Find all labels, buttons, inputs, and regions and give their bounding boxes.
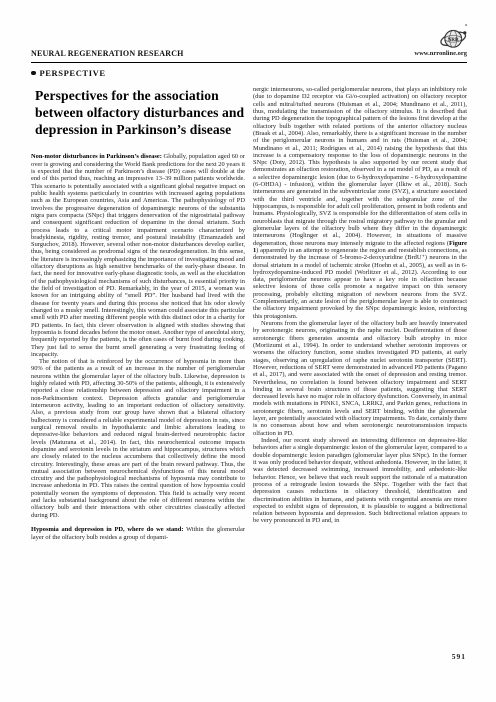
paragraph: Neurons from the glomerular layer of the… bbox=[253, 320, 467, 437]
right-column: nergic interneurons, so-called periglome… bbox=[253, 86, 467, 656]
journal-name: NEURAL REGENERATION RESEARCH bbox=[31, 49, 184, 58]
paper-page: NEURAL REGENERATION RESEARCH www.nrronli… bbox=[0, 0, 496, 702]
nrr-globe-logo-icon: NRR * bbox=[437, 22, 471, 54]
header-right: www.nrronline.org NRR * bbox=[414, 50, 467, 58]
run-in-heading: Hyposmia and depression in PD, where do … bbox=[31, 526, 183, 533]
paragraph: The notion of that is reinforced by the … bbox=[31, 358, 245, 519]
body-text: The notion of that is reinforced by the … bbox=[31, 358, 245, 519]
left-column: Perspectives for the association between… bbox=[31, 86, 245, 656]
body-text: Neurons from the glomerular layer of the… bbox=[253, 320, 467, 437]
svg-text:NRR: NRR bbox=[448, 37, 459, 43]
run-in-heading: Non-motor disturbances in Parkinson’s di… bbox=[31, 153, 162, 160]
body-text: Indeed, our recent study showed an inter… bbox=[253, 437, 467, 524]
header-rule bbox=[31, 62, 467, 63]
paragraph: Non-motor disturbances in Parkinson’s di… bbox=[31, 153, 245, 358]
article-content: Perspectives for the association between… bbox=[31, 86, 467, 656]
section-label: PERSPECTIVE bbox=[31, 68, 106, 78]
body-text: ) apparently in an attempt to regenerate… bbox=[253, 247, 467, 320]
bullet-icon bbox=[31, 71, 36, 76]
paragraph: Indeed, our recent study showed an inter… bbox=[253, 437, 467, 525]
article-title: Perspectives for the association between… bbox=[35, 88, 245, 138]
paragraph: Hyposmia and depression in PD, where do … bbox=[31, 526, 245, 541]
page-header: NEURAL REGENERATION RESEARCH www.nrronli… bbox=[31, 49, 467, 58]
body-text: nergic interneurons, so-called periglome… bbox=[253, 86, 467, 247]
page-number: 591 bbox=[452, 652, 466, 661]
paragraph: nergic interneurons, so-called periglome… bbox=[253, 86, 467, 320]
svg-text:*: * bbox=[465, 24, 468, 30]
section-label-text: PERSPECTIVE bbox=[40, 68, 106, 78]
body-text: Globally, population aged 60 or over is … bbox=[31, 153, 245, 357]
